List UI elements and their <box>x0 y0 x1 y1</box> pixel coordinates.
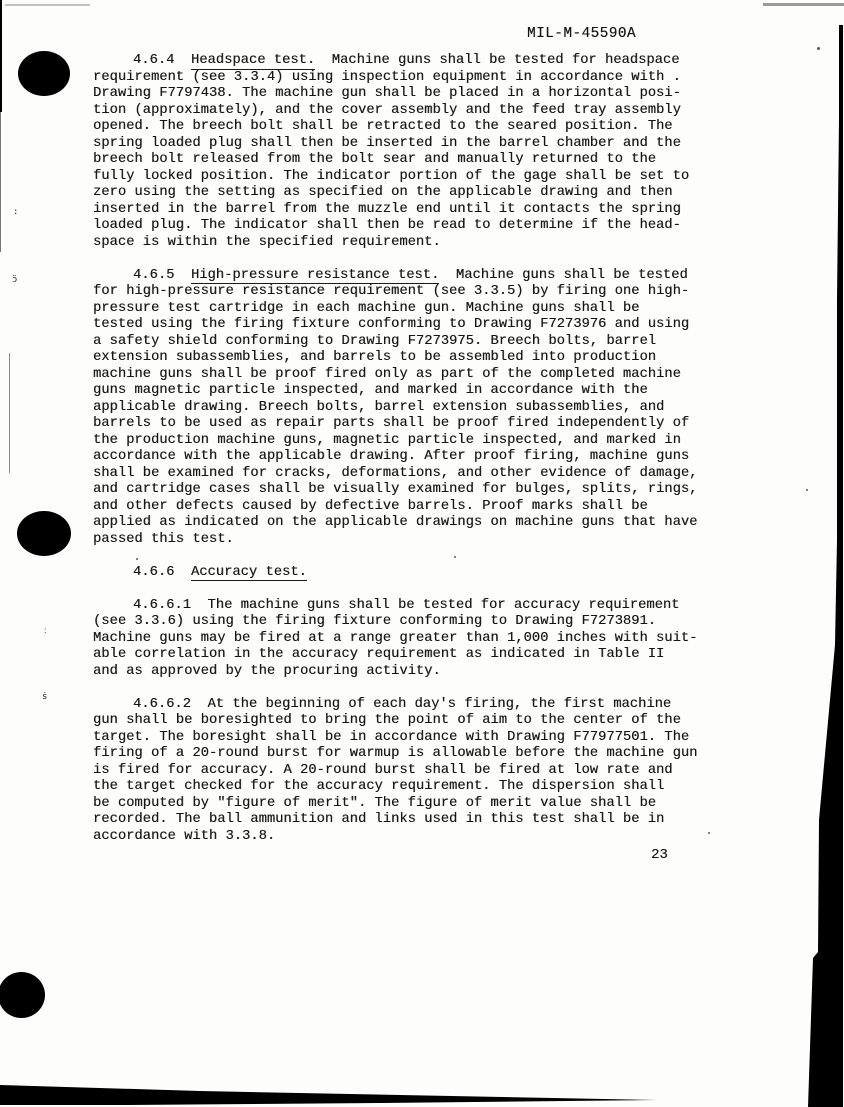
paragraph-first-line: 4.6.6.1 The machine guns shall be tested… <box>93 598 738 615</box>
hole-punch-top <box>18 51 70 96</box>
margin-smudge-1: : <box>13 208 18 217</box>
paragraph-4-6-4: 4.6.4 Headspace test. Machine guns shall… <box>93 53 738 251</box>
section-number: 4.6.6.2 <box>133 697 191 712</box>
margin-smudge-4: ṡ <box>42 693 47 702</box>
section-text: The machine guns shall be tested for acc… <box>191 598 680 613</box>
document-id-header: MIL-M-45590A <box>527 26 636 42</box>
scanned-document-page: : ɔ̈ ˸ ṡ MIL-M-45590A 4.6.4 Headspace te… <box>0 0 844 1107</box>
paragraph-4-6-6-2: 4.6.6.2 At the beginning of each day's f… <box>93 697 738 846</box>
paragraph-first-line: 4.6.6 Accuracy test. <box>93 565 738 582</box>
section-heading: Accuracy test. <box>191 565 307 582</box>
section-text: At the beginning of each day's firing, t… <box>191 697 671 712</box>
section-text: Machine guns shall be tested for headspa… <box>315 53 679 68</box>
paragraph-body: for high-pressure resistance requirement… <box>93 284 738 548</box>
hole-punch-middle <box>17 511 71 556</box>
section-number: 4.6.6.1 <box>133 598 191 613</box>
paragraph-line-2: requirement (see 3.3.4) using inspection… <box>93 70 738 87</box>
section-heading: Headspace test. <box>191 53 315 70</box>
section-number: 4.6.4 <box>133 53 191 68</box>
section-number: 4.6.6 <box>133 565 191 580</box>
section-text: requirement <box>93 70 192 85</box>
right-edge-scan-bar <box>808 25 843 1107</box>
paragraph-first-line: 4.6.4 Headspace test. Machine guns shall… <box>93 53 738 70</box>
section-text: using inspection equipment in accordance… <box>283 70 680 85</box>
page-number: 23 <box>651 847 668 863</box>
margin-smudge-2: ɔ̈ <box>12 276 17 285</box>
section-heading: High-pressure resistance test. <box>191 268 439 285</box>
cross-reference: (see 3.3.4) <box>192 69 283 85</box>
section-number: 4.6.5 <box>133 268 191 283</box>
scan-speck <box>817 47 820 50</box>
paragraph-first-line: 4.6.5 High-pressure resistance test. Mac… <box>93 268 738 285</box>
hole-punch-bottom <box>0 972 45 1018</box>
paragraph-body: (see 3.3.6) using the firing fixture con… <box>93 614 738 680</box>
paragraph-4-6-5: 4.6.5 High-pressure resistance test. Mac… <box>93 268 738 549</box>
paragraph-body: gun shall be boresighted to bring the po… <box>93 713 738 845</box>
margin-smudge-3: ˸ <box>44 629 47 638</box>
paragraph-first-line: 4.6.6.2 At the beginning of each day's f… <box>93 697 738 714</box>
paragraph-4-6-6: 4.6.6 Accuracy test. <box>93 565 738 582</box>
document-body: 4.6.4 Headspace test. Machine guns shall… <box>93 53 738 845</box>
bottom-edge-scan-wedge <box>0 1085 657 1105</box>
scan-speck <box>806 489 808 491</box>
paragraph-body: Drawing F7797438. The machine gun shall … <box>93 86 738 251</box>
section-text: Machine guns shall be tested <box>439 268 687 283</box>
paragraph-4-6-6-1: 4.6.6.1 The machine guns shall be tested… <box>93 598 738 681</box>
